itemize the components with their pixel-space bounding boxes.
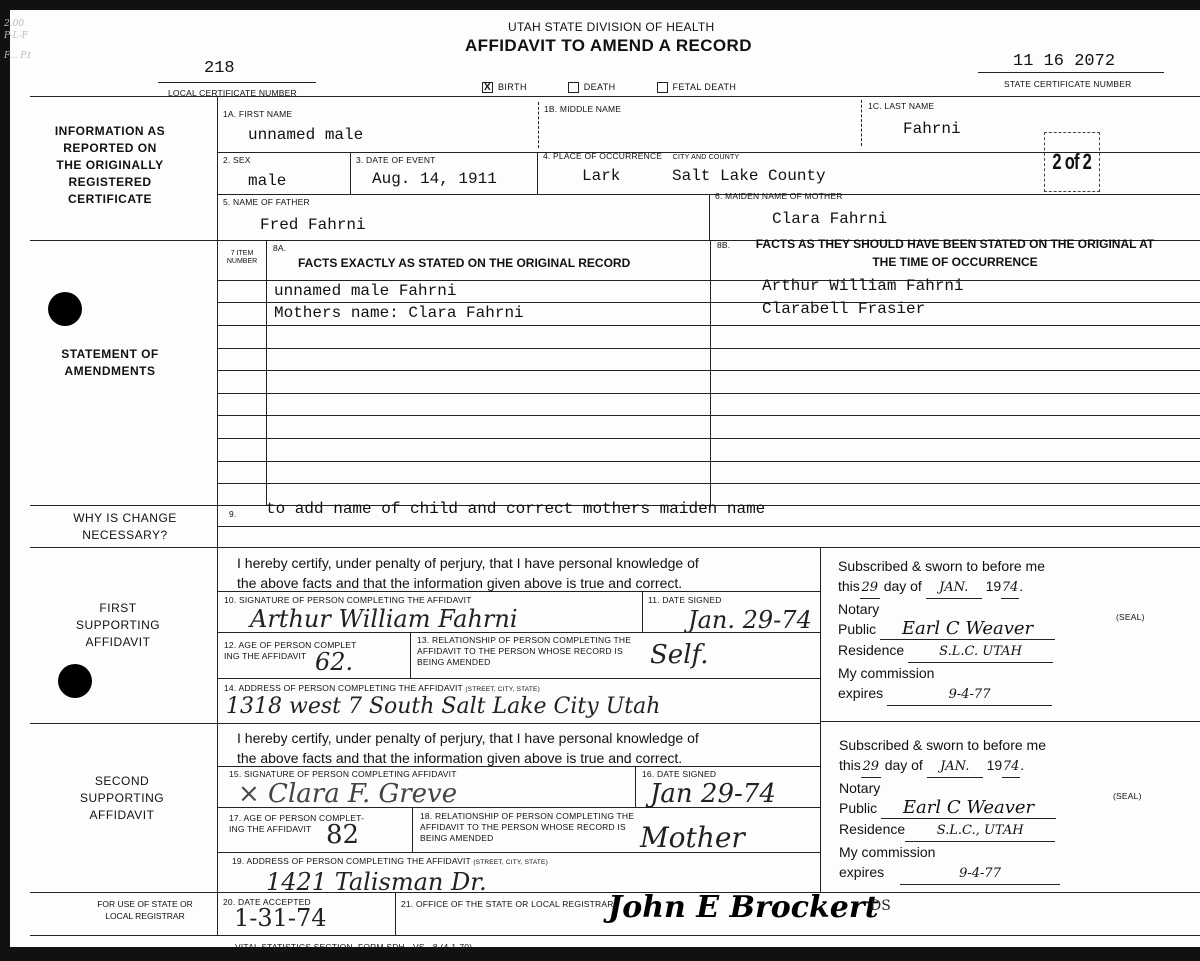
local-cert-number: 218 [204, 59, 235, 78]
first-affiant-relationship: Self. [650, 640, 708, 670]
section-label-amendments: STATEMENT OF AMENDMENTS [60, 346, 160, 380]
amendment-corrected-row-2: Clarabell Frasier [762, 300, 925, 318]
second-affiant-address: 1421 Talisman Dr. [266, 868, 487, 896]
form-footer: VITAL STATISTICS SECTION, FORM SDH - VS … [235, 942, 472, 952]
first-affiant-address: 1318 west 7 South Salt Lake City Utah [226, 694, 660, 719]
mother-name-value: Clara Fahrni [772, 210, 887, 228]
checkbox-fetal-death[interactable]: FETAL DEATH [657, 82, 737, 92]
sex-value: male [248, 172, 286, 190]
first-date-signed: Jan. 29-74 [688, 606, 812, 634]
section-label-registrar: FOR USE OF STATE OR LOCAL REGISTRAR [90, 898, 200, 922]
first-notary-block: Subscribed & sworn to before me this29 d… [838, 556, 1055, 706]
form-title: AFFIDAVIT TO AMEND A RECORD [465, 36, 752, 56]
registrar-initials: DS [870, 898, 891, 914]
second-affiant-signature: × Clara F. Greve [238, 779, 457, 809]
first-name-value: unnamed male [248, 126, 363, 144]
section-label-first-affidavit: FIRST SUPPORTING AFFIDAVIT [68, 600, 168, 651]
first-notary-seal: (SEAL) [1116, 612, 1145, 622]
first-affiant-signature: Arthur William Fahrni [250, 605, 518, 633]
record-type-options: XBIRTH DEATH FETAL DEATH [482, 82, 736, 93]
agency-name: UTAH STATE DIVISION OF HEALTH [508, 20, 715, 34]
second-notary-seal: (SEAL) [1113, 791, 1142, 801]
first-affiant-age: 62. [315, 648, 353, 676]
section-label-second-affidavit: SECOND SUPPORTING AFFIDAVIT [72, 773, 172, 824]
second-affiant-relationship: Mother [640, 821, 745, 854]
reason-text: to add name of child and correct mothers… [266, 500, 765, 518]
page-stamp: 2 of 2 [1044, 132, 1100, 192]
place-county-value: Salt Lake County [672, 167, 826, 185]
checkbox-icon: X [482, 82, 493, 93]
section-label-reason: WHY IS CHANGE NECESSARY? [65, 510, 185, 544]
date-accepted: 1-31-74 [234, 904, 327, 932]
checkbox-death[interactable]: DEATH [568, 82, 616, 92]
second-notary-block: Subscribed & sworn to before me this29 d… [839, 735, 1060, 885]
affidavit-form: 2.00 P-L-F F... P.t UTAH STATE DIVISION … [10, 10, 1200, 947]
father-name-value: Fred Fahrni [260, 216, 366, 234]
date-of-event-value: Aug. 14, 1911 [372, 170, 497, 188]
item-number-header: 7 ITEM NUMBER [222, 250, 262, 266]
section-label-original-info: INFORMATION AS REPORTED ON THE ORIGINALL… [50, 123, 170, 208]
place-city-value: Lark [582, 167, 620, 185]
checkbox-icon [568, 82, 579, 93]
checkbox-birth[interactable]: XBIRTH [482, 82, 527, 92]
state-cert-number: 11 16 2072 [1013, 52, 1115, 71]
amendment-corrected-row-1: Arthur William Fahrni [762, 277, 964, 295]
punch-hole-icon [48, 292, 82, 326]
punch-hole-icon [58, 664, 92, 698]
second-affiant-age: 82 [326, 820, 359, 850]
state-cert-label: STATE CERTIFICATE NUMBER [1004, 79, 1131, 89]
checkbox-icon [657, 82, 668, 93]
registrar-signature: John E Brockert [608, 890, 879, 925]
col-8a-header: FACTS EXACTLY AS STATED ON THE ORIGINAL … [298, 256, 630, 270]
amendment-original-row-1: unnamed male Fahrni [274, 282, 456, 300]
second-date-signed: Jan 29-74 [650, 779, 776, 809]
margin-notes: 2.00 P-L-F F... P.t [4, 18, 31, 62]
col-8b-header: FACTS AS THEY SHOULD HAVE BEEN STATED ON… [750, 235, 1160, 271]
last-name-value: Fahrni [903, 120, 961, 138]
amendment-original-row-2: Mothers name: Clara Fahrni [274, 304, 524, 322]
